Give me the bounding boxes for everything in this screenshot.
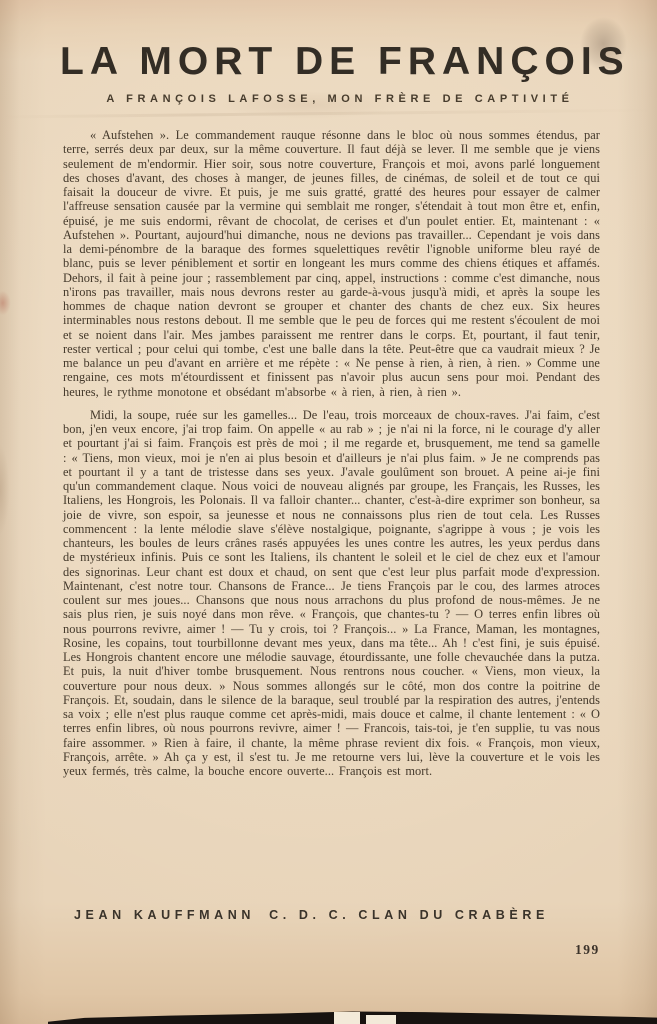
article-body: « Aufstehen ». Le commandement rauque ré… <box>63 128 600 787</box>
page-number: 199 <box>575 942 600 958</box>
scanned-document-page: LA MORT DE FRANÇOIS A FRANÇOIS LAFOSSE, … <box>0 0 657 1024</box>
article-title: LA MORT DE FRANÇOIS <box>60 40 620 84</box>
paper-crease <box>0 109 657 119</box>
byline-gap <box>255 908 269 922</box>
scan-edge-partial-glyph <box>334 1012 360 1024</box>
article-dedication: A FRANÇOIS LAFOSSE, MON FRÈRE DE CAPTIVI… <box>60 93 620 105</box>
author-affiliation: C. D. C. CLAN DU CRABÈRE <box>269 908 549 922</box>
masthead: LA MORT DE FRANÇOIS A FRANÇOIS LAFOSSE, … <box>60 40 620 105</box>
scan-edge-partial-glyph <box>366 1015 396 1024</box>
body-paragraph-1: « Aufstehen ». Le commandement rauque ré… <box>63 128 600 399</box>
paper-stain <box>0 286 16 320</box>
paper-stain <box>0 430 18 550</box>
byline: JEAN KAUFFMANN C. D. C. CLAN DU CRABÈRE <box>74 908 611 922</box>
author-name: JEAN KAUFFMANN <box>74 908 255 922</box>
body-paragraph-2: Midi, la soupe, ruée sur les gamelles...… <box>63 408 600 779</box>
